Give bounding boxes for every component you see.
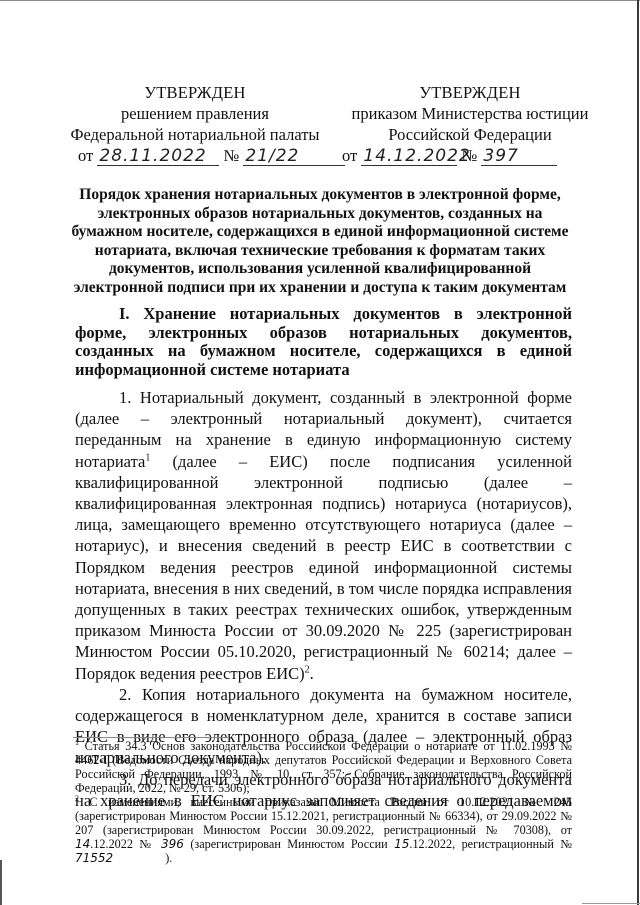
number-prefix: № (224, 146, 240, 165)
handwritten-date: 28.11.2022 (97, 147, 219, 166)
approval-line: решением правления (70, 103, 320, 124)
footnote-text: .12.2022, регистрационный № (409, 837, 572, 851)
document-title: Порядок хранения нотариальных документов… (70, 186, 570, 297)
footnote-text: (зарегистрирован Минюстом России (184, 837, 394, 851)
footnote-separator (73, 737, 228, 738)
paragraph-1: 1. Нотариальный документ, созданный в эл… (75, 387, 572, 684)
paragraph-text: (далее – ЕИС) после подписания усиленной… (75, 452, 572, 683)
footnote-text: С изменениями, внесенными приказами Миню… (75, 795, 572, 837)
approval-title: УТВЕРЖДЕН (70, 82, 320, 103)
footnote-text: .12.2022 № (90, 837, 161, 851)
approval-stamp-ministry-justice: УТВЕРЖДЕН приказом Министерства юстиции … (330, 82, 610, 145)
handwritten-day: 15 (394, 837, 409, 851)
date-prefix: от (342, 146, 357, 165)
handwritten-day: 14 (75, 837, 90, 851)
approval-line: Российской Федерации (330, 124, 610, 145)
page-right-border (637, 0, 639, 905)
footnote-2: 2 С изменениями, внесенными приказами Ми… (75, 795, 572, 865)
approval-title: УТВЕРЖДЕН (330, 82, 610, 103)
number-prefix: № (462, 146, 478, 165)
approval-stamp-notary-chamber: УТВЕРЖДЕН решением правления Федеральной… (70, 82, 320, 145)
page-left-border (0, 860, 2, 905)
approval-line: приказом Министерства юстиции (330, 103, 610, 124)
handwritten-number: 397 (481, 147, 557, 166)
footnote-text: Статья 34.3 Основ законодательства Росси… (75, 739, 572, 795)
section-heading-text: I. Хранение нотариальных документов в эл… (75, 305, 572, 379)
section-heading: I. Хранение нотариальных документов в эл… (75, 305, 572, 379)
approval-dateline-left: от 28.11.2022 № 21/22 (78, 146, 345, 166)
footnote-text: ). (165, 851, 172, 865)
approval-dateline-right: от 14.12.2022 № 397 (342, 146, 557, 166)
approval-line: Федеральной нотариальной палаты (70, 124, 320, 145)
page-top-border (0, 0, 640, 1)
handwritten-date: 14.12.2022 (361, 147, 457, 166)
handwritten-number: 396 (161, 837, 184, 851)
footnotes: 1 Статья 34.3 Основ законодательства Рос… (75, 739, 572, 865)
footnote-1: 1 Статья 34.3 Основ законодательства Рос… (75, 739, 572, 795)
handwritten-number: 21/22 (243, 147, 345, 166)
page-bottom-border (582, 903, 640, 904)
handwritten-reg-number: 71552 (75, 851, 113, 865)
paragraph-text: . (310, 664, 314, 683)
date-prefix: от (78, 146, 93, 165)
